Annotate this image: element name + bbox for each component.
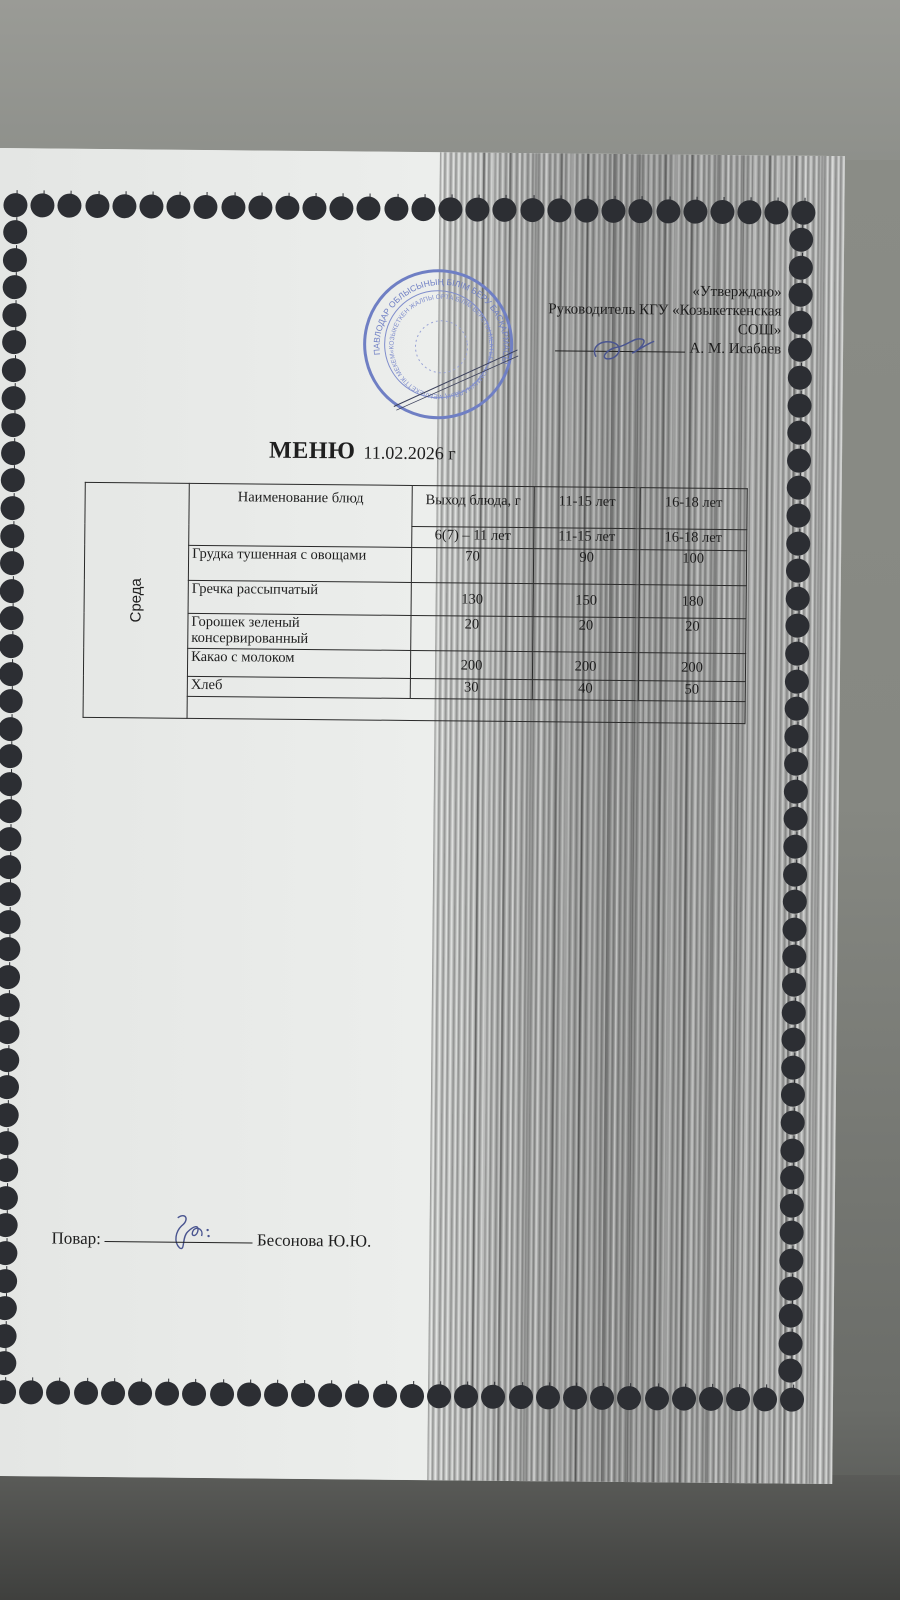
portion-11-15: 200 <box>532 652 638 681</box>
portion-6-11: 20 <box>411 615 533 651</box>
border-dot <box>248 195 272 219</box>
background-surface-bottom <box>0 1475 900 1600</box>
border-dot <box>1 441 25 465</box>
border-dot <box>785 641 809 665</box>
border-dot <box>788 366 812 390</box>
border-dot <box>438 197 462 221</box>
border-dot <box>0 1103 19 1127</box>
cook-signature-line <box>105 1241 253 1243</box>
border-dot <box>427 1384 451 1408</box>
border-dot <box>547 198 571 222</box>
border-dot <box>3 193 27 217</box>
approval-signatory: А. М. Исабаев <box>689 341 781 358</box>
border-dot <box>0 689 23 713</box>
border-dot <box>787 421 811 445</box>
border-dot <box>0 1048 19 1072</box>
border-dot <box>0 910 21 934</box>
cook-label: Повар: <box>51 1229 101 1248</box>
border-dot <box>264 1383 288 1407</box>
border-dot <box>400 1384 424 1408</box>
portion-6-11: 30 <box>410 678 532 699</box>
border-dot <box>788 338 812 362</box>
border-dot <box>0 772 22 796</box>
border-dot <box>779 1249 803 1273</box>
day-label: Среда <box>128 578 144 622</box>
border-dot <box>783 835 807 859</box>
border-dot <box>466 197 490 221</box>
border-dot <box>782 945 806 969</box>
border-dot <box>779 1276 803 1300</box>
border-dot <box>789 283 813 307</box>
border-dot <box>781 1055 805 1079</box>
menu-document-page: ПАВЛОДАР ОБЛЫСЫНЫҢ БІЛІМ БЕРУ БАСҚАРМАСЫ… <box>0 148 845 1484</box>
border-dot <box>275 196 299 220</box>
document-title: МЕНЮ11.02.2026 г <box>269 438 456 467</box>
day-cell: Среда <box>83 482 189 718</box>
border-dot <box>781 1083 805 1107</box>
border-dot <box>0 993 20 1017</box>
portion-16-18: 50 <box>638 681 745 702</box>
border-dot <box>780 1221 804 1245</box>
border-dot <box>672 1387 696 1411</box>
border-dot <box>0 882 21 906</box>
border-dot <box>128 1381 152 1405</box>
portion-16-18: 200 <box>638 653 745 682</box>
subheader-age-11-15: 11-15 лет <box>534 528 640 550</box>
border-dot <box>656 199 680 223</box>
menu-table: Среда Наименование блюд Выход блюда, г 1… <box>83 482 748 724</box>
portion-11-15: 40 <box>532 680 638 701</box>
border-dot <box>1 386 25 410</box>
border-dot <box>209 1382 233 1406</box>
header-output: Выход блюда, г <box>412 485 534 527</box>
border-dot <box>1 468 25 492</box>
border-dot <box>0 634 23 658</box>
border-dot <box>778 1331 802 1355</box>
border-dot <box>0 799 22 823</box>
table-header-row: Среда Наименование блюд Выход блюда, г 1… <box>85 482 747 529</box>
border-dot <box>786 504 810 528</box>
border-dot <box>493 198 517 222</box>
border-dot <box>112 194 136 218</box>
subheader-age-16-18: 16-18 лет <box>640 529 747 551</box>
border-dot <box>0 717 23 741</box>
border-dot <box>101 1381 125 1405</box>
border-dot <box>780 1388 804 1412</box>
border-dot <box>781 1111 805 1135</box>
border-dot <box>182 1382 206 1406</box>
border-dot <box>46 1381 70 1405</box>
border-dot <box>783 890 807 914</box>
border-dot <box>411 197 435 221</box>
border-dot <box>194 195 218 219</box>
border-dot <box>74 1381 98 1405</box>
director-signature <box>588 329 658 370</box>
portion-16-18: 180 <box>639 585 746 619</box>
title-date: 11.02.2026 г <box>363 443 455 464</box>
background-surface-top <box>0 0 900 160</box>
border-dot <box>644 1386 668 1410</box>
border-dot <box>789 255 813 279</box>
border-dot <box>31 193 55 217</box>
border-dot <box>520 198 544 222</box>
border-dot <box>0 662 23 686</box>
portion-6-11: 130 <box>411 582 533 616</box>
dish-name: Хлеб <box>187 676 410 698</box>
border-dot <box>384 197 408 221</box>
border-dot <box>1 413 25 437</box>
border-dot <box>590 1386 614 1410</box>
border-dot <box>0 1296 17 1320</box>
border-dot <box>345 1383 369 1407</box>
border-dot <box>780 1193 804 1217</box>
portion-11-15: 90 <box>533 549 639 585</box>
border-dot <box>0 827 21 851</box>
border-dot <box>779 1304 803 1328</box>
border-dot <box>481 1385 505 1409</box>
portion-11-15: 20 <box>533 617 639 653</box>
border-dot <box>765 200 789 224</box>
border-dot <box>166 195 190 219</box>
border-dot <box>155 1382 179 1406</box>
border-dot <box>0 1020 20 1044</box>
cook-signature-block: Повар:Бесонова Ю.Ю. <box>51 1229 371 1252</box>
border-dot <box>0 606 24 630</box>
portion-11-15: 150 <box>533 584 639 618</box>
border-dot <box>0 1158 18 1182</box>
approval-block: «Утверждаю» Руководитель КГУ «Козыкеткен… <box>548 281 782 359</box>
border-dot <box>782 973 806 997</box>
border-dot <box>85 194 109 218</box>
border-dot <box>617 1386 641 1410</box>
border-dot <box>784 779 808 803</box>
border-dot <box>221 195 245 219</box>
border-dot <box>0 937 20 961</box>
border-dot <box>19 1380 43 1404</box>
border-dot <box>0 1131 19 1155</box>
header-age-11-15: 11-15 лет <box>534 487 640 529</box>
border-dot <box>0 1380 16 1404</box>
border-dot <box>0 1351 16 1375</box>
border-dot <box>563 1385 587 1409</box>
border-dot <box>318 1383 342 1407</box>
border-dot <box>0 1186 18 1210</box>
border-dot <box>786 586 810 610</box>
official-stamp: ПАВЛОДАР ОБЛЫСЫНЫҢ БІЛІМ БЕРУ БАСҚАРМАСЫ… <box>354 260 522 428</box>
border-dot <box>753 1387 777 1411</box>
dish-name: Горошек зеленый консервированный <box>188 613 411 650</box>
empty-cell <box>187 696 745 723</box>
subheader-age-6-11: 6(7) – 11 лет <box>412 526 534 548</box>
cook-name: Бесонова Ю.Ю. <box>257 1231 372 1251</box>
border-dot <box>792 201 816 225</box>
stamp-circular-text: ПАВЛОДАР ОБЛЫСЫНЫҢ БІЛІМ БЕРУ БАСҚАРМАСЫ… <box>357 263 525 431</box>
border-dot <box>3 275 27 299</box>
border-dot <box>330 196 354 220</box>
border-dot <box>0 1075 19 1099</box>
svg-text:ПАВЛОДАР ОБЛЫСЫНЫҢ БІЛІМ БЕРУ: ПАВЛОДАР ОБЛЫСЫНЫҢ БІЛІМ БЕРУ БАСҚАРМАСЫ <box>363 268 515 382</box>
approval-signatory-line: А. М. Исабаев <box>548 338 781 359</box>
border-dot <box>781 1028 805 1052</box>
border-dot <box>291 1383 315 1407</box>
border-dot <box>0 1324 17 1348</box>
border-dot <box>373 1384 397 1408</box>
border-dot <box>785 669 809 693</box>
approval-position-cont: СОШ» <box>548 319 781 340</box>
border-dot <box>536 1385 560 1409</box>
border-dot <box>0 579 24 603</box>
title-label: МЕНЮ <box>269 438 356 465</box>
border-dot <box>683 200 707 224</box>
border-dot <box>789 228 813 252</box>
border-dot <box>784 724 808 748</box>
dish-name: Гречка рассыпчатый <box>188 580 411 615</box>
border-dot <box>784 752 808 776</box>
dish-name: Какао с молоком <box>187 648 410 678</box>
approval-heading: «Утверждаю» <box>548 281 781 302</box>
border-dot <box>58 194 82 218</box>
border-dot <box>574 199 598 223</box>
border-dot <box>782 1000 806 1024</box>
border-dot <box>629 199 653 223</box>
border-dot <box>786 559 810 583</box>
portion-6-11: 200 <box>410 650 532 679</box>
border-dot <box>0 1269 17 1293</box>
border-dot <box>780 1138 804 1162</box>
border-dot <box>2 303 26 327</box>
border-dot <box>3 248 27 272</box>
header-dish-name: Наименование блюд <box>189 483 413 547</box>
border-dot <box>785 614 809 638</box>
border-dot <box>139 194 163 218</box>
border-dot <box>357 196 381 220</box>
border-dot <box>2 358 26 382</box>
border-dot <box>0 496 24 520</box>
border-dot <box>0 744 22 768</box>
border-dot <box>699 1387 723 1411</box>
border-dot <box>2 330 26 354</box>
border-dot <box>782 917 806 941</box>
border-dot <box>737 200 761 224</box>
portion-16-18: 100 <box>639 550 746 586</box>
border-dot <box>787 448 811 472</box>
portion-16-18: 20 <box>639 618 746 654</box>
border-dot <box>785 697 809 721</box>
border-dot <box>3 220 27 244</box>
dish-name: Грудка тушенная с овощами <box>188 545 411 582</box>
border-dot <box>454 1384 478 1408</box>
border-dot <box>601 199 625 223</box>
border-dot <box>783 862 807 886</box>
border-dot <box>508 1385 532 1409</box>
border-dot <box>726 1387 750 1411</box>
border-dot <box>778 1359 802 1383</box>
border-dot <box>787 476 811 500</box>
border-dot <box>788 310 812 334</box>
border-dot <box>302 196 326 220</box>
border-dot <box>787 393 811 417</box>
border-dot <box>0 1213 18 1237</box>
border-dot <box>0 551 24 575</box>
border-dot <box>237 1382 261 1406</box>
approval-position: Руководитель КГУ «Козыкеткенская <box>548 300 781 321</box>
header-age-16-18: 16-18 лет <box>640 488 747 530</box>
portion-6-11: 70 <box>411 547 533 583</box>
border-dot <box>783 807 807 831</box>
border-dot <box>0 1241 18 1265</box>
border-dot <box>710 200 734 224</box>
border-dot <box>0 855 21 879</box>
border-dot <box>786 531 810 555</box>
border-dot <box>0 965 20 989</box>
border-dot <box>780 1166 804 1190</box>
border-dot <box>0 524 24 548</box>
